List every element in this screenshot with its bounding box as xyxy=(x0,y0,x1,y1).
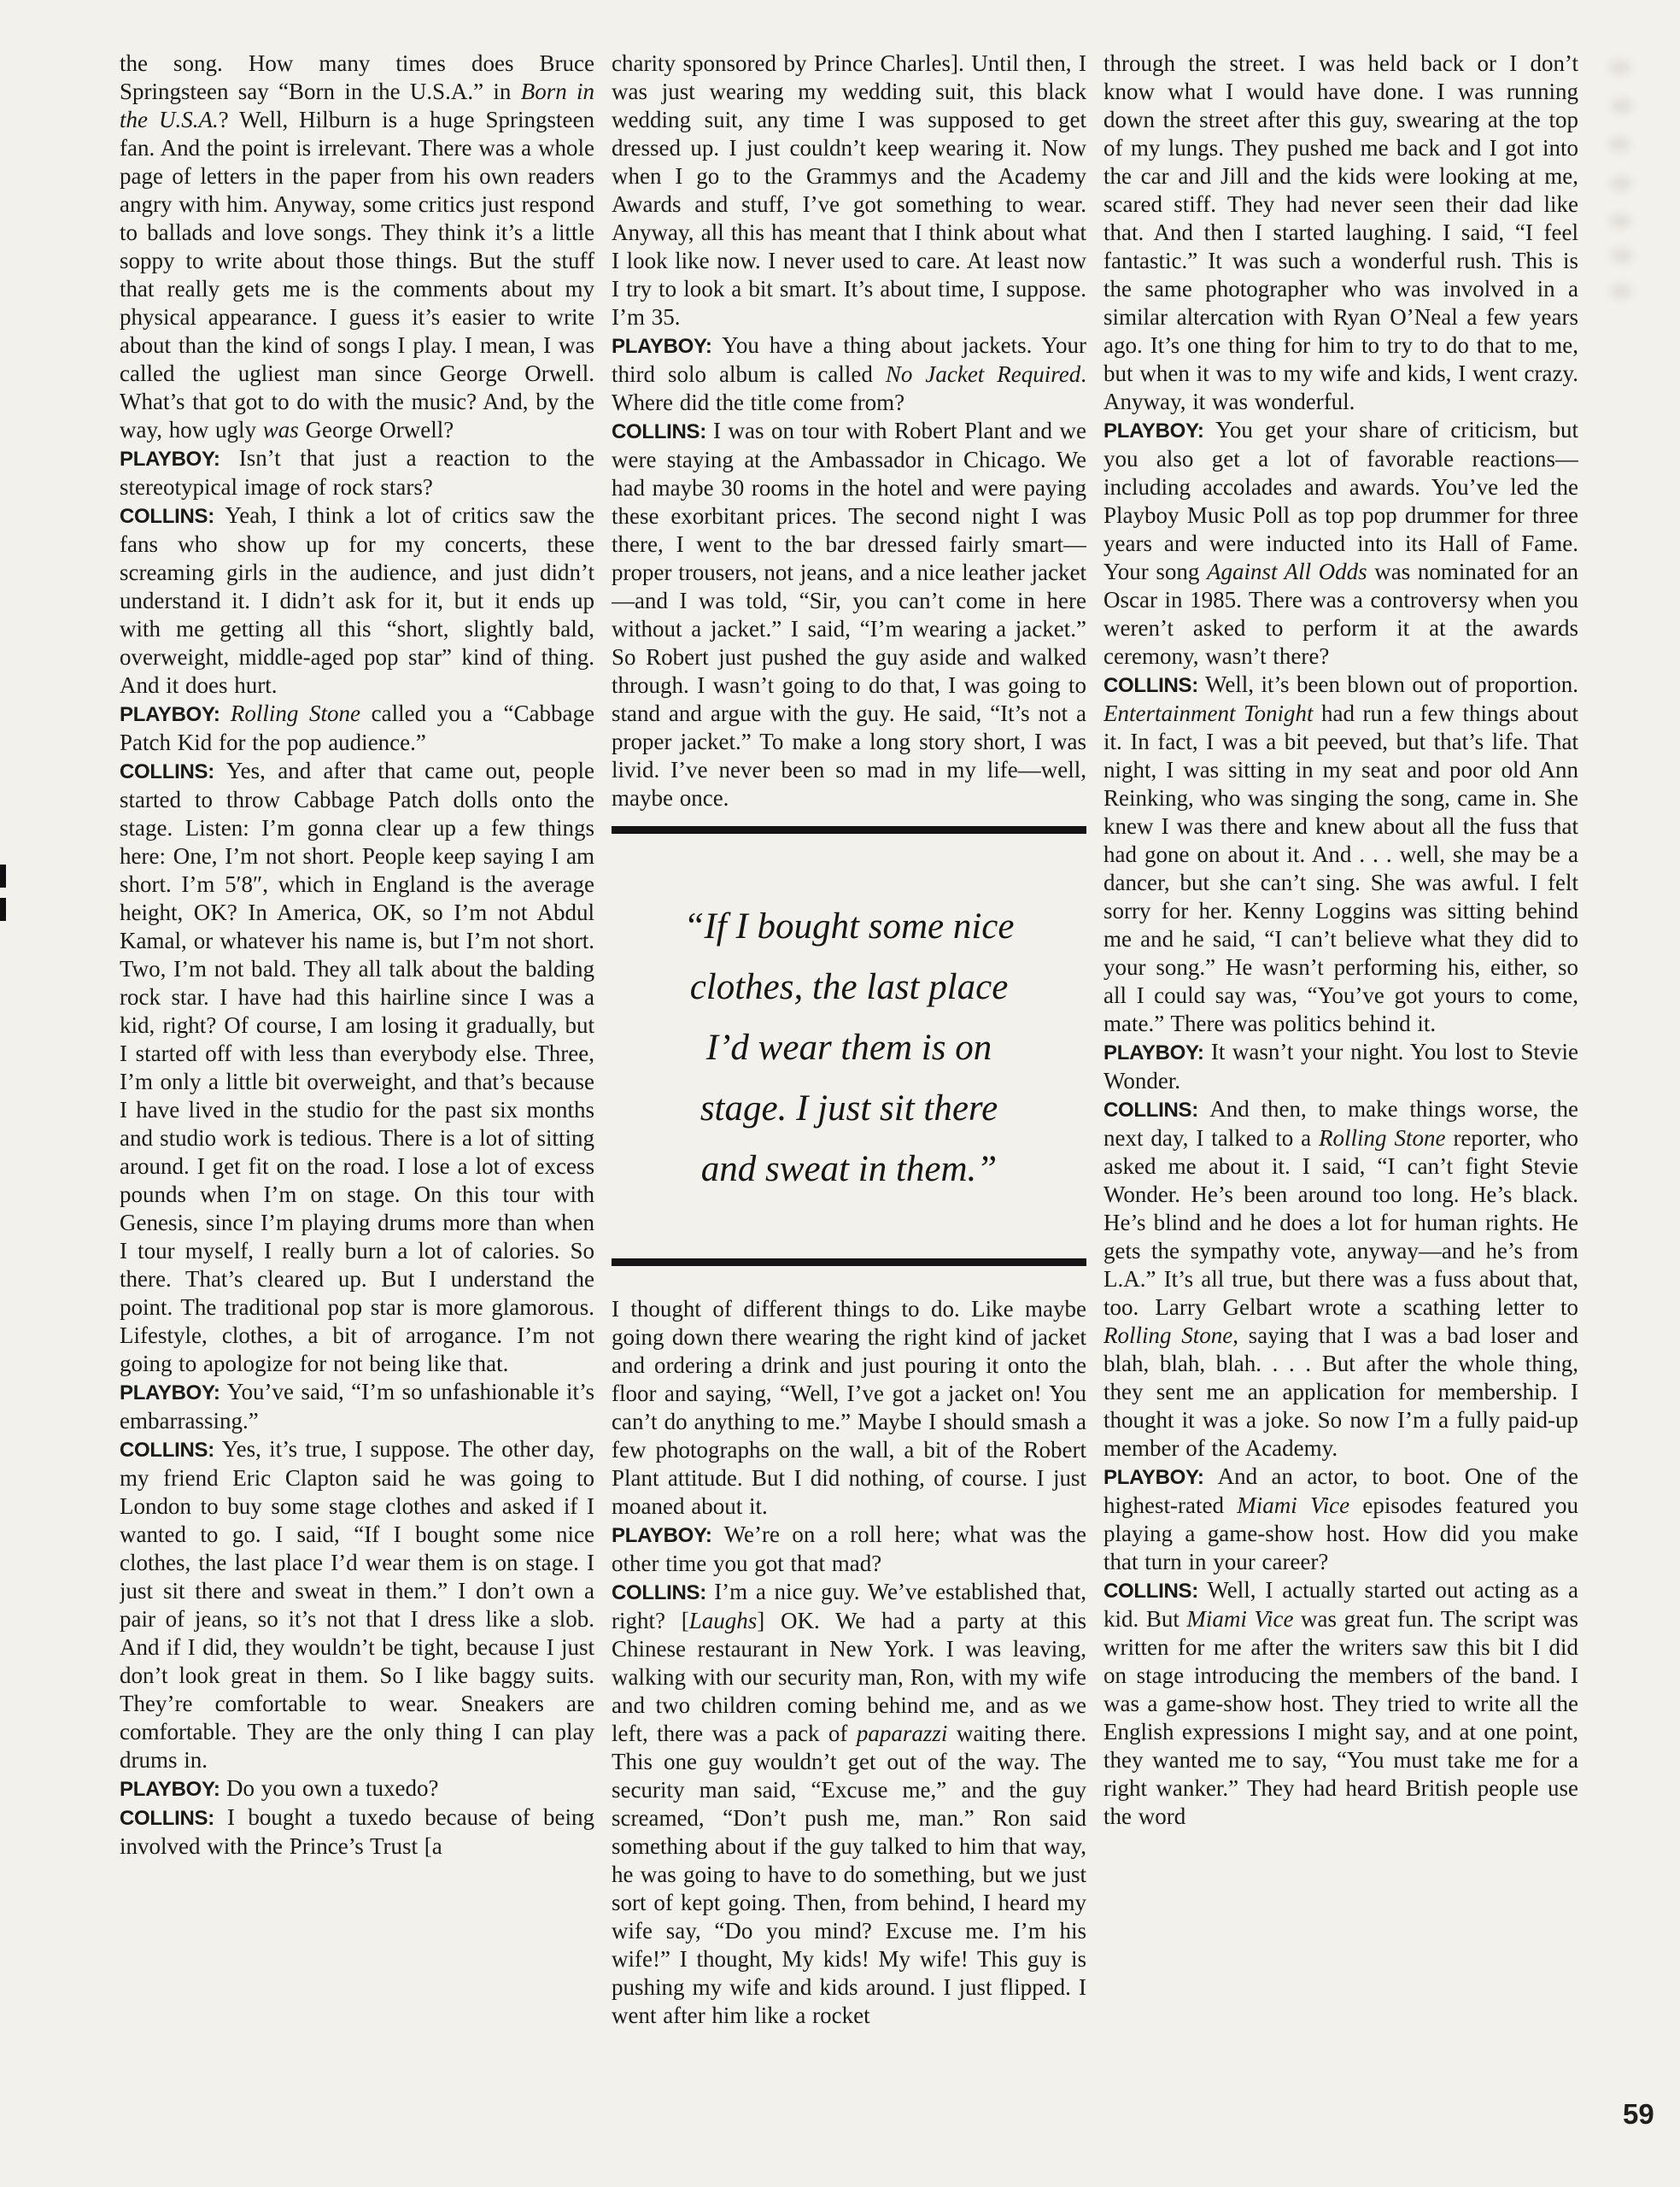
interview-paragraph: COLLINS: Yes, it’s true, I suppose. The … xyxy=(120,1435,594,1774)
bleed-mark xyxy=(1609,60,1631,75)
interview-paragraph: PLAYBOY: You get your share of criticism… xyxy=(1103,416,1578,671)
pull-quote-line: I’d wear them is on xyxy=(651,1017,1047,1078)
speaker-label: COLLINS: xyxy=(1103,1099,1209,1122)
pull-quote: “If I bought some niceclothes, the last … xyxy=(612,826,1086,1266)
speaker-label: PLAYBOY: xyxy=(1103,1041,1211,1064)
scan-artifact xyxy=(0,898,6,921)
column-1: the song. How many times does Bruce Spri… xyxy=(120,50,594,2125)
interview-paragraph: COLLINS: I was on tour with Robert Plant… xyxy=(612,417,1086,812)
speaker-label: COLLINS: xyxy=(1103,1580,1207,1603)
speaker-label: PLAYBOY: xyxy=(120,703,231,726)
interview-paragraph: COLLINS: Yes, and after that came out, p… xyxy=(120,757,594,1378)
speaker-label: PLAYBOY: xyxy=(612,335,722,358)
page-number: 59 xyxy=(1623,2098,1654,2131)
bleed-mark xyxy=(1610,284,1632,299)
interview-paragraph: COLLINS: Well, it’s been blown out of pr… xyxy=(1103,671,1578,1038)
column-3: through the street. I was held back or I… xyxy=(1103,50,1578,2125)
interview-paragraph: COLLINS: Yeah, I think a lot of critics … xyxy=(120,501,594,700)
speaker-label: COLLINS: xyxy=(612,420,713,443)
speaker-label: COLLINS: xyxy=(1103,674,1205,697)
column-2: charity sponsored by Prince Charles]. Un… xyxy=(612,50,1086,2125)
interview-paragraph: COLLINS: I’m a nice guy. We’ve establish… xyxy=(612,1578,1086,2030)
continuation-paragraph: I thought of different things to do. Lik… xyxy=(612,1295,1086,1521)
interview-paragraph: PLAYBOY: You’ve said, “I’m so unfashiona… xyxy=(120,1378,594,1435)
column-2-bottom: I thought of different things to do. Lik… xyxy=(612,1295,1086,2030)
speaker-label: PLAYBOY: xyxy=(120,448,239,471)
interview-paragraph: COLLINS: Well, I actually started out ac… xyxy=(1103,1576,1578,1831)
interview-paragraph: COLLINS: And then, to make things worse,… xyxy=(1103,1095,1578,1463)
speaker-label: COLLINS: xyxy=(120,1439,222,1462)
speaker-label: COLLINS: xyxy=(120,1807,227,1830)
pull-quote-bottom-rule xyxy=(612,1258,1086,1266)
interview-paragraph: PLAYBOY: And an actor, to boot. One of t… xyxy=(1103,1463,1578,1576)
interview-paragraph: PLAYBOY: Do you own a tuxedo? xyxy=(120,1774,594,1803)
scan-artifact xyxy=(0,865,6,888)
speaker-label: PLAYBOY: xyxy=(612,1524,724,1547)
bleed-mark xyxy=(1608,137,1630,152)
bleed-mark xyxy=(1611,98,1633,114)
interview-paragraph: PLAYBOY: Rolling Stone called you a “Cab… xyxy=(120,700,594,757)
pull-quote-text: “If I bought some niceclothes, the last … xyxy=(646,871,1052,1222)
interview-paragraph: PLAYBOY: Isn’t that just a reaction to t… xyxy=(120,444,594,501)
speaker-label: PLAYBOY: xyxy=(120,1381,227,1404)
speaker-label: COLLINS: xyxy=(120,505,225,528)
interview-paragraph: PLAYBOY: You have a thing about jackets.… xyxy=(612,331,1086,417)
article-columns: the song. How many times does Bruce Spri… xyxy=(120,50,1578,2125)
bleed-mark xyxy=(1609,214,1631,229)
speaker-label: COLLINS: xyxy=(120,760,226,783)
pull-quote-line: clothes, the last place xyxy=(651,957,1047,1017)
continuation-paragraph: charity sponsored by Prince Charles]. Un… xyxy=(612,50,1086,331)
interview-paragraph: PLAYBOY: It wasn’t your night. You lost … xyxy=(1103,1038,1578,1095)
pull-quote-line: “If I bought some nice xyxy=(651,896,1047,957)
speaker-label: COLLINS: xyxy=(612,1581,714,1604)
continuation-paragraph: the song. How many times does Bruce Spri… xyxy=(120,50,594,444)
speaker-label: PLAYBOY: xyxy=(120,1778,226,1801)
speaker-label: PLAYBOY: xyxy=(1103,1466,1218,1489)
speaker-label: PLAYBOY: xyxy=(1103,419,1215,443)
interview-paragraph: PLAYBOY: We’re on a roll here; what was … xyxy=(612,1521,1086,1578)
pull-quote-line: stage. I just sit there xyxy=(651,1078,1047,1139)
bleed-mark xyxy=(1610,176,1632,191)
interview-paragraph: COLLINS: I bought a tuxedo because of be… xyxy=(120,1803,594,1861)
column-2-top: charity sponsored by Prince Charles]. Un… xyxy=(612,50,1086,812)
continuation-paragraph: through the street. I was held back or I… xyxy=(1103,50,1578,416)
pull-quote-line: and sweat in them.” xyxy=(651,1139,1047,1199)
pull-quote-top-rule xyxy=(612,826,1086,834)
bleed-mark xyxy=(1611,248,1633,263)
